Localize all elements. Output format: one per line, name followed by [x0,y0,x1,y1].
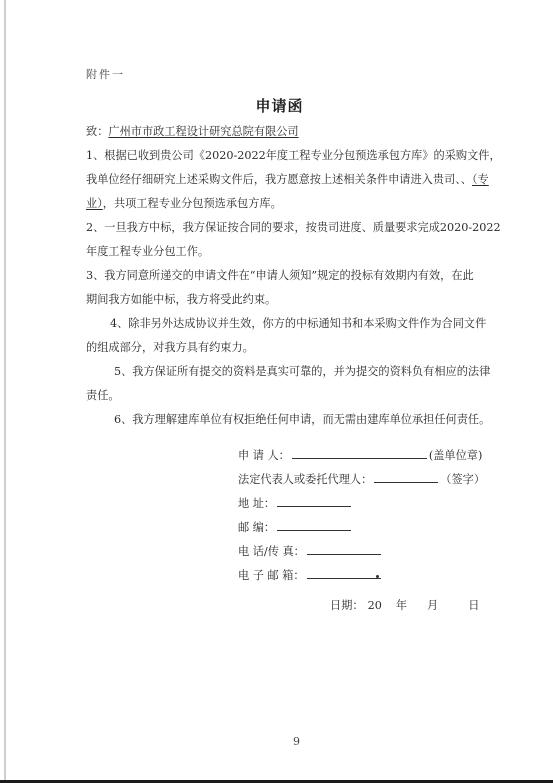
date-day-unit: 日 [468,597,479,613]
paragraph-2-line-1: 2、一旦我方中标，我方保证按合同的要求，按贵司进度、质量要求完成2020-202… [86,220,501,236]
applicant-row: 申 请 人：(盖单位章) [238,447,482,463]
paragraph-3-line-1: 3、我方同意所递交的申请文件在“申请人须知”规定的投标有效期内有效，在此 [86,268,474,284]
legal-rep-label: 法定代表人或委托代理人： [238,473,372,486]
email-label: 电 子 邮 箱： [238,569,305,582]
document-title: 申请函 [0,95,553,116]
addressee-line: 致：广州市市政工程设计研究总院有限公司 [86,124,299,140]
legal-rep-sign-note: （签字） [440,473,485,486]
paragraph-1-line-1: 1、根据已收到贵公司《2020-2022年度工程专业分包预选承包方库》的采购文件… [86,148,501,164]
postcode-label: 邮 编： [238,521,275,534]
paragraph-5-line-1: 5、我方保证所有提交的资料是真实可靠的，并为提交的资料负有相应的法律 [114,364,490,380]
postcode-row: 邮 编： [238,519,353,535]
paragraph-1-line-3-text: ，共项工程专业分包预选承包方库。 [103,197,282,210]
paragraph-1-line-3: 业），共项工程专业分包预选承包方库。 [86,196,282,212]
phone-fax-field[interactable] [307,544,381,555]
paragraph-6-line-1: 6、我方理解建库单位有权拒绝任何申请，而无需由建库单位承担任何责任。 [114,412,490,428]
paragraph-5-line-2: 责任。 [86,388,120,404]
date-year-prefix: 20 [368,599,382,612]
email-field[interactable] [307,568,381,579]
applicant-seal-note: (盖单位章) [429,449,482,462]
address-row: 地 址： [238,495,353,511]
paragraph-1-line-2: 我单位经仔细研究上述采购文件后，我方愿意按上述相关条件申请进入贵司、、（专 [86,172,489,188]
phone-fax-row: 电 话/传 真： [238,543,383,559]
page-number: 9 [293,735,300,748]
postcode-field[interactable] [277,520,351,531]
phone-fax-label: 电 话/传 真： [238,545,305,558]
stray-dot-mark [376,575,379,578]
paragraph-1-line-2-text: 我单位经仔细研究上述采购文件后，我方愿意按上述相关条件申请进入贵司、、 [86,173,472,186]
date-year-unit: 年 [396,597,407,613]
paragraph-4-line-2: 的组成部分，对我方具有约束力。 [86,340,254,356]
email-row: 电 子 邮 箱： [238,567,383,583]
specialty-blank-end: 业） [86,197,103,210]
legal-rep-row: 法定代表人或委托代理人：（签字） [238,471,485,487]
legal-rep-field[interactable] [374,472,438,483]
address-label: 地 址： [238,497,275,510]
paragraph-3-line-2: 期间我方如能中标，我方将受此约束。 [86,292,276,308]
attachment-label: 附件一 [86,66,125,82]
date-row: 日期：20年月日 [330,597,479,613]
paragraph-2-line-2: 年度工程专业分包工作。 [86,244,209,260]
paragraph-4-line-1: 4、除非另外达成协议并生效，你方的中标通知书和本采购文件作为合同文件 [110,316,486,332]
applicant-field[interactable] [292,448,427,459]
addressee-company: 广州市市政工程设计研究总院有限公司 [108,125,298,138]
scan-edge-line [4,0,6,781]
address-field[interactable] [277,496,351,507]
addressee-prefix: 致： [86,125,108,138]
date-month-unit: 月 [427,597,438,613]
date-label: 日期： [330,597,364,613]
specialty-blank-start: （专 [472,173,489,186]
applicant-label: 申 请 人： [238,449,290,462]
